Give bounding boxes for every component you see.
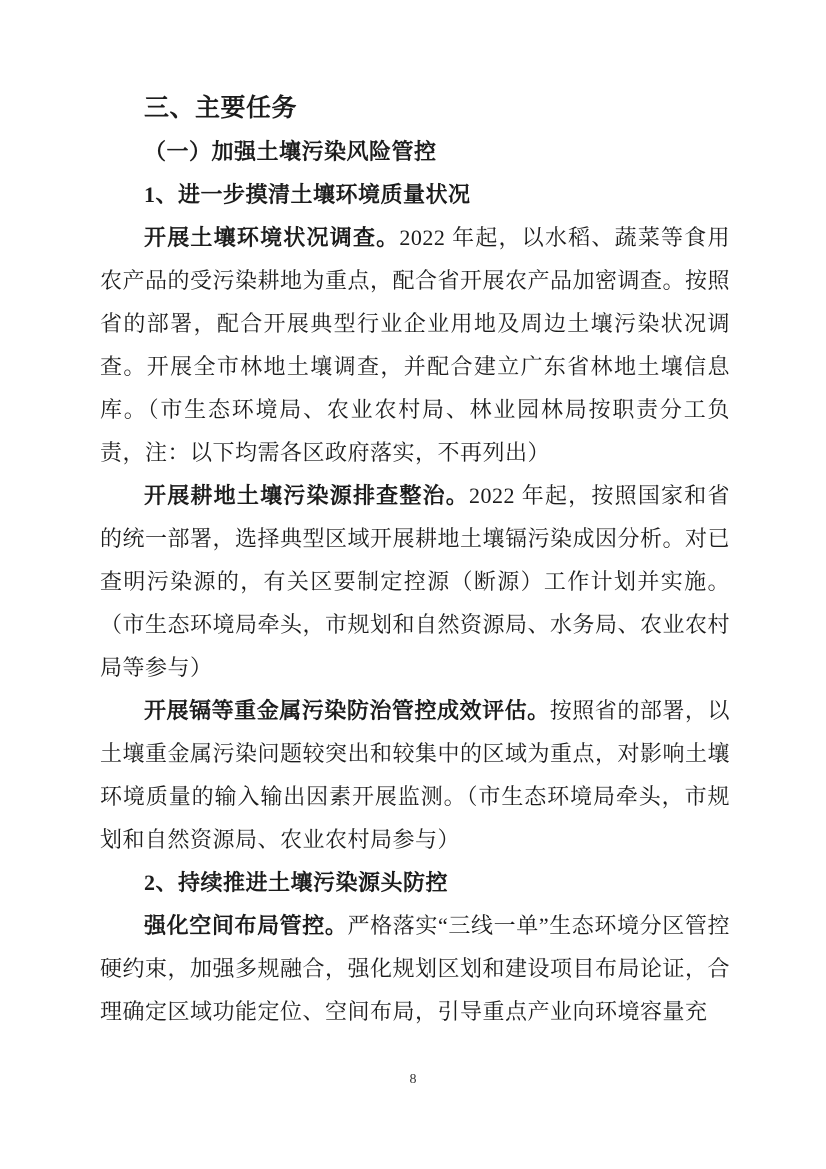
paragraph-farmland-pollution: 开展耕地土壤污染源排查整治。2022 年起，按照国家和省的统一部署，选择典型区域… <box>100 474 730 689</box>
numbered-heading-1: 1、进一步摸清土壤环境质量状况 <box>100 173 730 216</box>
paragraph-lead: 开展土壤环境状况调查。 <box>144 225 399 250</box>
paragraph-body: 2022 年起，以水稻、蔬菜等食用农产品的受污染耕地为重点，配合省开展农产品加密… <box>100 225 730 465</box>
page-number: 8 <box>0 1072 826 1088</box>
document-page: 三、主要任务 （一）加强土壤污染风险管控 1、进一步摸清土壤环境质量状况 开展土… <box>0 0 826 1169</box>
paragraph-spatial-layout: 强化空间布局管控。严格落实“三线一单”生态环境分区管控硬约束，加强多规融合，强化… <box>100 904 730 1033</box>
paragraph-lead: 开展耕地土壤污染源排查整治。 <box>144 483 469 508</box>
paragraph-lead: 强化空间布局管控。 <box>144 913 348 938</box>
subsection-heading: （一）加强土壤污染风险管控 <box>100 130 730 173</box>
document-content: 三、主要任务 （一）加强土壤污染风险管控 1、进一步摸清土壤环境质量状况 开展土… <box>100 86 730 1033</box>
paragraph-soil-survey: 开展土壤环境状况调查。2022 年起，以水稻、蔬菜等食用农产品的受污染耕地为重点… <box>100 216 730 474</box>
paragraph-body: 2022 年起，按照国家和省的统一部署，选择典型区域开展耕地土壤镉污染成因分析。… <box>100 483 730 680</box>
section-heading: 三、主要任务 <box>100 86 730 130</box>
numbered-heading-2: 2、持续推进土壤污染源头防控 <box>100 861 730 904</box>
paragraph-lead: 开展镉等重金属污染防治管控成效评估。 <box>144 698 550 723</box>
paragraph-cadmium-assessment: 开展镉等重金属污染防治管控成效评估。按照省的部署，以土壤重金属污染问题较突出和较… <box>100 689 730 861</box>
